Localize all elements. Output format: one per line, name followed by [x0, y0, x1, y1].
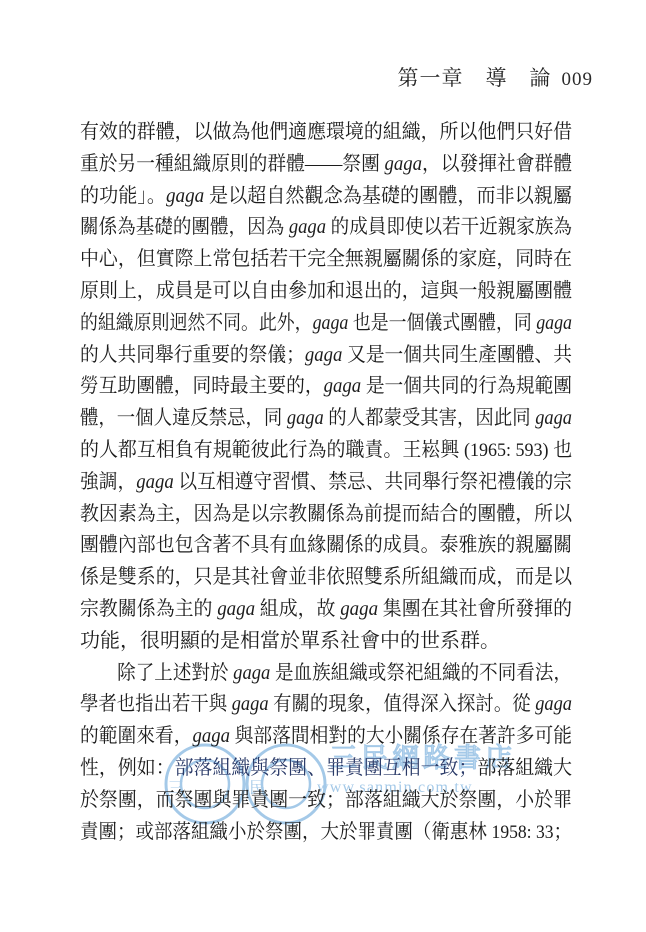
gaga-term: gaga — [289, 216, 326, 238]
text-line: 的範圍來看，gaga 與部落間相對的大小關係存在著許多可能 — [80, 721, 541, 753]
gaga-term: gaga — [305, 344, 342, 366]
text-segment: 體，一個人違反禁忌，同 — [80, 407, 287, 429]
text-line: 的功能」。gaga 是以超自然觀念為基礎的團體，而非以親屬 — [80, 181, 550, 213]
text-segment: 於祭團，而祭團與罪責團一致；部落組織大於祭團，小於罪 — [80, 789, 572, 811]
text-line: 於祭團，而祭團與罪責團一致；部落組織大於祭團，小於罪 — [80, 785, 546, 817]
text-segment: 1958: 33 — [492, 822, 554, 843]
text-line: 責團；或部落組織小於祭團，大於罪責團（衛惠林 1958: 33； — [80, 817, 535, 849]
text-segment: 團體內部也包含著不具有血緣關係的成員。泰雅族的親屬關 — [80, 534, 572, 556]
page-header: 第一章 導 論009 — [398, 62, 594, 92]
text-segment: 的人都蒙受其害，因此同 — [324, 407, 536, 429]
text-segment: 又是一個共同生產團體、共 — [342, 344, 572, 366]
text-segment: 原則上，成員是可以自由參加和退出的，這與一般親屬團體 — [80, 280, 572, 302]
gaga-term: gaga — [535, 693, 572, 715]
text-segment: 的成員即使以若干近親家族為 — [326, 216, 572, 238]
text-segment: 也 — [548, 439, 572, 461]
text-segment: 的範圍來看， — [80, 725, 192, 747]
page-number: 009 — [562, 69, 594, 90]
text-segment: 強調， — [80, 471, 136, 493]
text-line: 的人共同舉行重要的祭儀；gaga 又是一個共同生產團體、共 — [80, 340, 541, 372]
text-line: 原則上，成員是可以自由參加和退出的，這與一般親屬團體 — [80, 276, 546, 308]
gaga-term: gaga — [217, 598, 255, 620]
text-segment: 與部落間相對的大小關係存在著許多可能 — [230, 725, 572, 747]
text-line: 體，一個人違反禁忌，同 gaga 的人都蒙受其害，因此同 gaga — [80, 403, 532, 435]
text-segment: 性，例如： — [80, 757, 175, 779]
gaga-term: gaga — [233, 662, 270, 684]
text-segment: 以互相遵守習慣、禁忌、共同舉行祭祀禮儀的宗 — [174, 471, 572, 493]
text-segment: (1965: 593) — [464, 440, 549, 461]
gaga-term: gaga — [536, 312, 572, 334]
text-segment: 的功能」。 — [80, 185, 166, 207]
text-segment: 關係為基礎的團體，因為 — [80, 216, 289, 238]
text-segment: 是一個共同的行為規範團 — [361, 375, 572, 397]
text-line: 功能，很明顯的是相當於單系社會中的世系群。 — [80, 626, 572, 658]
text-segment: ； — [554, 821, 572, 843]
text-segment: 教因素為主，因為是以宗教關係為前提而結合的團體，所以 — [80, 503, 572, 525]
text-segment: 部落組織大 — [477, 757, 572, 779]
text-line: 性，例如：部落組織與祭團、罪責團互相一致；部落組織大 — [80, 753, 546, 785]
text-line: 係是雙系的，只是其社會並非依照雙系所組織而成，而是以 — [80, 562, 546, 594]
text-segment: 中心，但實際上常包括若干完全無親屬關係的家庭，同時在 — [80, 248, 572, 270]
text-segment: 學者也指出若干與 — [80, 693, 232, 715]
text-line: 宗教關係為主的 gaga 組成，故 gaga 集團在其社會所發揮的 — [80, 594, 546, 626]
text-segment: 重於另一種組織原則的群體——祭團 — [80, 153, 385, 175]
gaga-term: gaga — [287, 407, 324, 429]
text-segment: 的人共同舉行重要的祭儀； — [80, 344, 305, 366]
text-segment: 除了上述對於 — [80, 662, 233, 684]
text-segment: 的人都互相負有規範彼此行為的職責。王崧興 — [80, 439, 464, 461]
gaga-term: gaga — [166, 185, 204, 207]
text-segment: 功能，很明顯的是相當於單系社會中的世系群。 — [80, 630, 500, 652]
text-line: 中心，但實際上常包括若干完全無親屬關係的家庭，同時在 — [80, 244, 546, 276]
text-segment: 有效的群體，以做為他們適應環境的組織，所以他們只好借 — [80, 121, 572, 143]
text-segment: 的組織原則迥然不同。此外， — [80, 312, 313, 334]
text-segment: 是血族組織或祭祀組織的不同看法， — [270, 662, 572, 684]
text-segment: 組成，故 — [255, 598, 340, 620]
text-line: 有效的群體，以做為他們適應環境的組織，所以他們只好借 — [80, 117, 546, 149]
text-segment: ，以發揮社會群體 — [422, 153, 572, 175]
gaga-term: gaga — [340, 598, 378, 620]
text-line: 勞互助團體，同時最主要的，gaga 是一個共同的行為規範團 — [80, 371, 541, 403]
text-segment: 有關的現象，值得深入探討。從 — [269, 693, 536, 715]
text-line: 團體內部也包含著不具有血緣關係的成員。泰雅族的親屬關 — [80, 530, 546, 562]
gaga-term: gaga — [385, 153, 422, 175]
text-line: 重於另一種組織原則的群體——祭團 gaga，以發揮社會群體 — [80, 149, 541, 181]
gaga-term: gaga — [535, 407, 572, 429]
text-line: 關係為基礎的團體，因為 gaga 的成員即使以若干近親家族為 — [80, 212, 537, 244]
book-page: 第一章 導 論009 三 民 三民網路書店 www.sanmin.com.tw … — [0, 0, 646, 932]
body-text: 有效的群體，以做為他們適應環境的組織，所以他們只好借重於另一種組織原則的群體——… — [80, 117, 572, 848]
gaga-term: gaga — [324, 375, 361, 397]
gaga-term: gaga — [313, 312, 349, 334]
text-segment: 集團在其社會所發揮的 — [378, 598, 572, 620]
gaga-term: gaga — [136, 471, 173, 493]
text-line: 除了上述對於 gaga 是血族組織或祭祀組織的不同看法， — [80, 658, 537, 690]
text-segment: 宗教關係為主的 — [80, 598, 217, 620]
gaga-term: gaga — [192, 725, 229, 747]
text-line: 強調，gaga 以互相遵守習慣、禁忌、共同舉行祭祀禮儀的宗 — [80, 467, 541, 499]
text-segment: 係是雙系的，只是其社會並非依照雙系所組織而成，而是以 — [80, 566, 572, 588]
text-line: 教因素為主，因為是以宗教關係為前提而結合的團體，所以 — [80, 499, 546, 531]
text-segment: 責團；或部落組織小於祭團，大於罪責團（衛惠林 — [80, 821, 492, 843]
text-segment: 是以超自然觀念為基礎的團體，而非以親屬 — [204, 185, 572, 207]
text-segment: 勞互助團體，同時最主要的， — [80, 375, 324, 397]
text-line: 的組織原則迥然不同。此外，gaga 也是一個儀式團體，同 gaga — [80, 308, 520, 340]
chapter-title: 第一章 導 論 — [398, 66, 552, 90]
text-segment: 也是一個儀式團體，同 — [348, 312, 536, 334]
text-segment: 部落組織與祭團、罪責團互相一致； — [175, 757, 478, 779]
text-line: 學者也指出若干與 gaga 有關的現象，值得深入探討。從 gaga — [80, 689, 532, 721]
gaga-term: gaga — [232, 693, 269, 715]
text-line: 的人都互相負有規範彼此行為的職責。王崧興 (1965: 593) 也 — [80, 435, 546, 467]
